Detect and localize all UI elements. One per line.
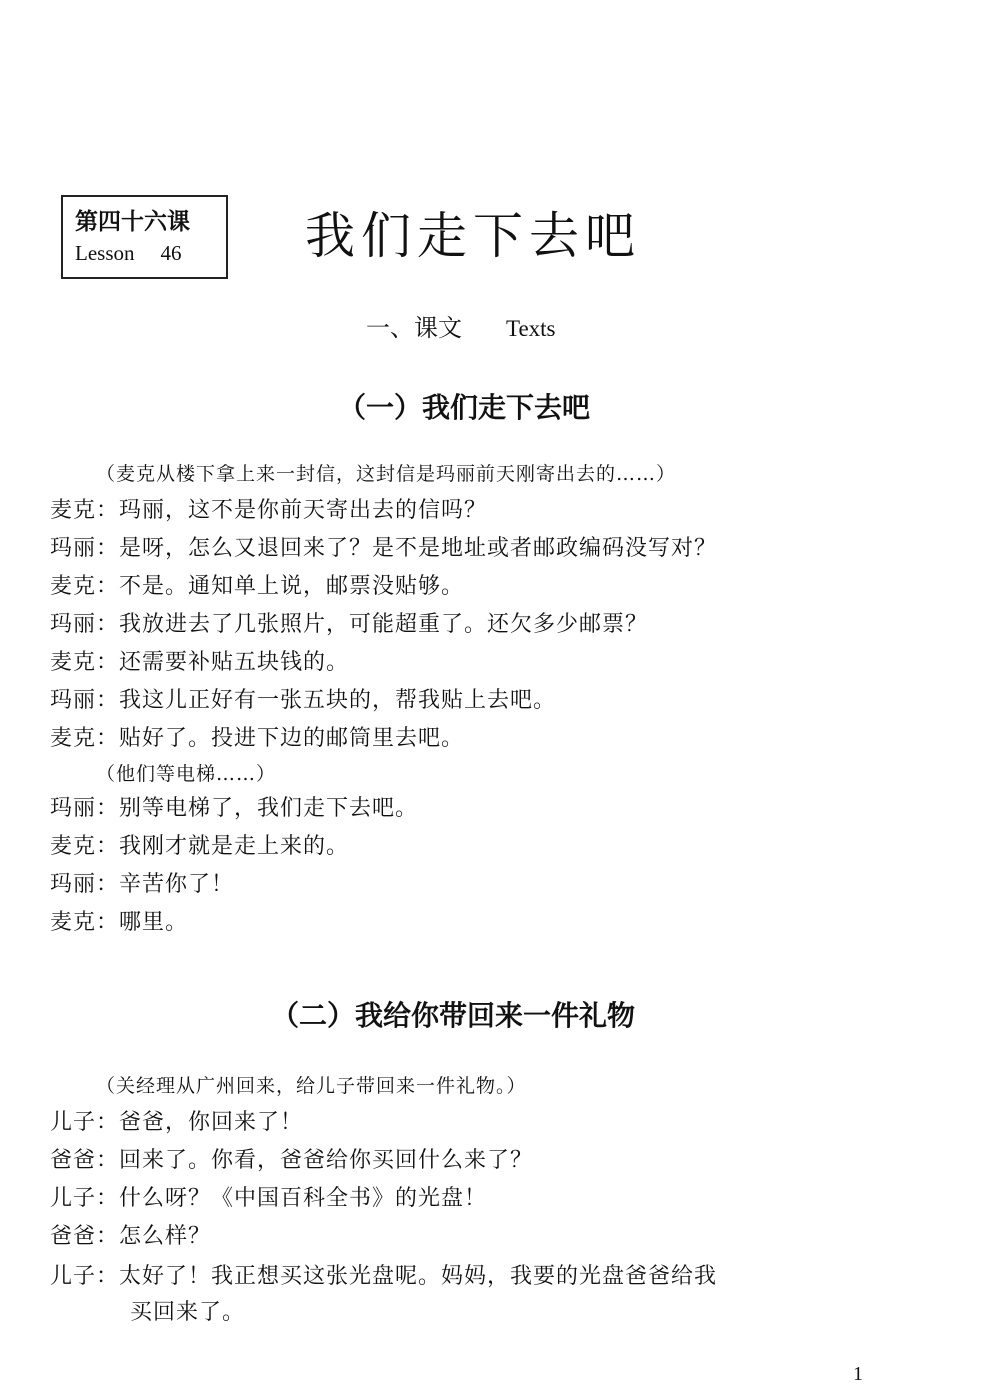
dialogue-line: 麦克：不是。通知单上说，邮票没贴够。 (50, 569, 464, 600)
dialogue-line: 玛丽：辛苦你了！ (50, 867, 234, 898)
line-text: 别等电梯了，我们走下去吧。 (119, 796, 418, 821)
line-text: 回来了。你看，爸爸给你买回什么来了？ (119, 1148, 533, 1173)
speaker: 玛丽： (50, 607, 119, 638)
line-text: 我放进去了几张照片，可能超重了。还欠多少邮票？ (119, 612, 648, 637)
section-heading-chinese: 一、课文 (366, 314, 462, 342)
dialogue-line: 玛丽：是呀，怎么又退回来了？是不是地址或者邮政编码没写对？ (50, 531, 717, 562)
text1-heading: （一）我们走下去吧 (338, 386, 590, 426)
dialogue-line: 爸爸：回来了。你看，爸爸给你买回什么来了？ (50, 1143, 533, 1174)
stage-direction: （关经理从广州回来，给儿子带回来一件礼物。） (96, 1071, 527, 1098)
speaker: 儿子： (50, 1181, 119, 1212)
dialogue-line-continuation: 买回来了。 (130, 1295, 245, 1326)
line-text: 我这儿正好有一张五块的，帮我贴上去吧。 (119, 688, 556, 713)
line-text: 玛丽，这不是你前天寄出去的信吗？ (119, 498, 487, 523)
line-text: 什么呀？《中国百科全书》的光盘！ (119, 1186, 487, 1211)
speaker: 玛丽： (50, 683, 119, 714)
text2-heading: （二）我给你带回来一件礼物 (271, 994, 635, 1034)
line-text: 辛苦你了！ (119, 872, 234, 897)
dialogue-line: 儿子：爸爸，你回来了！ (50, 1105, 303, 1136)
speaker: 麦克： (50, 721, 119, 752)
speaker: 麦克： (50, 829, 119, 860)
lesson-number-chinese: 第四十六课 (75, 203, 190, 236)
line-text: 爸爸，你回来了！ (119, 1110, 303, 1135)
dialogue-line: 玛丽：我放进去了几张照片，可能超重了。还欠多少邮票？ (50, 607, 648, 638)
speaker: 麦克： (50, 569, 119, 600)
speaker: 儿子： (50, 1259, 119, 1290)
stage-direction: （他们等电梯……） (96, 759, 276, 786)
lesson-number-box: 第四十六课 Lesson46 (61, 195, 228, 279)
speaker: 爸爸： (50, 1219, 119, 1250)
speaker: 儿子： (50, 1105, 119, 1136)
speaker: 玛丽： (50, 867, 119, 898)
line-text: 还需要补贴五块钱的。 (119, 650, 349, 675)
section-heading-english: Texts (506, 316, 556, 341)
stage-direction: （麦克从楼下拿上来一封信，这封信是玛丽前天刚寄出去的……） (96, 459, 676, 486)
dialogue-line: 儿子：太好了！我正想买这张光盘呢。妈妈，我要的光盘爸爸给我 (50, 1259, 717, 1290)
lesson-label: Lesson (75, 241, 135, 265)
line-text: 不是。通知单上说，邮票没贴够。 (119, 574, 464, 599)
page-number: 1 (853, 1363, 863, 1386)
speaker: 麦克： (50, 905, 119, 936)
dialogue-line: 儿子：什么呀？《中国百科全书》的光盘！ (50, 1181, 487, 1212)
dialogue-line: 麦克：还需要补贴五块钱的。 (50, 645, 349, 676)
speaker: 麦克： (50, 493, 119, 524)
line-text: 太好了！我正想买这张光盘呢。妈妈，我要的光盘爸爸给我 (119, 1264, 717, 1289)
line-text: 贴好了。投进下边的邮筒里去吧。 (119, 726, 464, 751)
lesson-number-english: Lesson46 (75, 241, 182, 266)
speaker: 玛丽： (50, 791, 119, 822)
dialogue-line: 玛丽：别等电梯了，我们走下去吧。 (50, 791, 418, 822)
line-text: 我刚才就是走上来的。 (119, 834, 349, 859)
dialogue-line: 爸爸：怎么样？ (50, 1219, 211, 1250)
speaker: 麦克： (50, 645, 119, 676)
line-text: 是呀，怎么又退回来了？是不是地址或者邮政编码没写对？ (119, 536, 717, 561)
section-heading: 一、课文Texts (366, 308, 556, 343)
speaker: 爸爸： (50, 1143, 119, 1174)
lesson-title: 我们走下去吧 (305, 196, 641, 268)
dialogue-line: 麦克：贴好了。投进下边的邮筒里去吧。 (50, 721, 464, 752)
dialogue-line: 麦克：我刚才就是走上来的。 (50, 829, 349, 860)
dialogue-line: 麦克：哪里。 (50, 905, 188, 936)
dialogue-line: 麦克：玛丽，这不是你前天寄出去的信吗？ (50, 493, 487, 524)
line-text: 哪里。 (119, 910, 188, 935)
dialogue-line: 玛丽：我这儿正好有一张五块的，帮我贴上去吧。 (50, 683, 556, 714)
speaker: 玛丽： (50, 531, 119, 562)
line-text: 怎么样？ (119, 1224, 211, 1249)
lesson-number: 46 (161, 241, 182, 265)
